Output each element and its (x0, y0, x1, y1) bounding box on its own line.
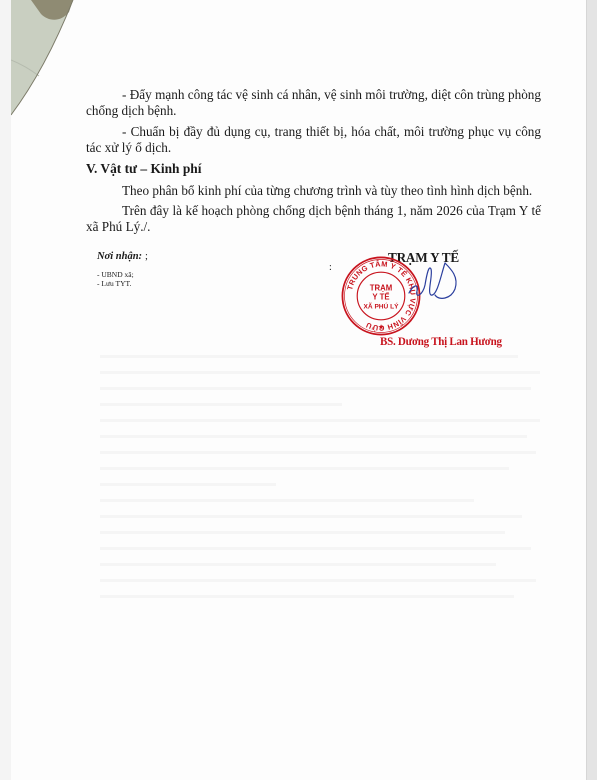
paragraph-hygiene: - Đẩy mạnh công tác vệ sinh cá nhân, vệ … (86, 87, 541, 119)
recipients-label: Nơi nhận:; (97, 251, 148, 262)
stray-mark: : (329, 262, 332, 273)
svg-text:★: ★ (378, 323, 385, 332)
svg-text:TRẠM: TRẠM (370, 283, 392, 292)
document-body: - Đẩy mạnh công tác vệ sinh cá nhân, vệ … (86, 87, 541, 240)
paragraph-budget: Theo phân bổ kinh phí của từng chương tr… (86, 183, 541, 199)
page-corner-background (11, 0, 81, 120)
recipient-item: - UBND xã; (97, 270, 148, 279)
scan-right-margin (586, 0, 597, 780)
paragraph-conclusion: Trên đây là kế hoạch phòng chống dịch bệ… (86, 203, 541, 235)
paragraph-equipment: - Chuẩn bị đầy đủ dụng cụ, trang thiết b… (86, 124, 541, 156)
svg-text:XÃ PHÚ LÝ: XÃ PHÚ LÝ (364, 301, 400, 310)
reverse-side-bleed-through (100, 355, 540, 655)
recipient-item: - Lưu TYT. (97, 279, 148, 288)
signer-name: BS. Dương Thị Lan Hương (380, 334, 502, 349)
handwritten-signature (405, 255, 465, 305)
svg-text:Y TẾ: Y TẾ (372, 291, 389, 301)
recipients-block: Nơi nhận:; - UBND xã; - Lưu TYT. (97, 251, 148, 288)
section-heading-supplies: V. Vật tư – Kinh phí (86, 161, 541, 177)
scan-left-margin (0, 0, 11, 780)
